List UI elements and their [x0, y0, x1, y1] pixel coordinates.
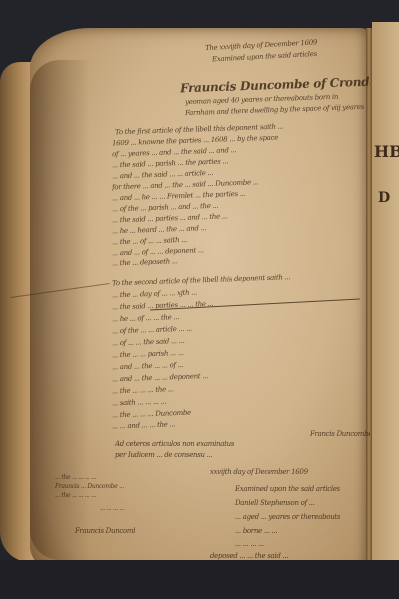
- second-entry-line: ... aged ... yeares or thereabouts: [235, 513, 370, 522]
- lower-left-note: ... the ... ... ... ...: [55, 474, 215, 482]
- lower-left-note: ... the ... ... ... ...: [55, 492, 215, 500]
- closing-note: Ad ceteros articulos non examinatus: [115, 440, 275, 449]
- closing-note: per Iudicem ... de consensu ...: [115, 451, 275, 460]
- second-entry-line: deposed ... ... the said ...: [210, 552, 360, 561]
- lower-left-note: ... ... ... ...: [100, 505, 220, 513]
- signature-right: Francis Duncombe: [310, 430, 370, 439]
- margin-mark: HB: [374, 142, 399, 161]
- second-entry-line: ... borne ... ...: [235, 527, 370, 536]
- lower-left-note: Frauncis ... Duncombe ...: [55, 483, 215, 491]
- lower-left-signature: Frauncis Duncombe: [75, 527, 135, 536]
- margin-mark: D: [378, 190, 390, 206]
- second-entry-line: Examined upon the said articles: [235, 485, 370, 494]
- facing-page: [372, 22, 399, 590]
- background-shadow: [0, 560, 399, 599]
- second-entry-line: ... ... ... ...: [235, 540, 370, 549]
- second-entry-line: Daniell Stephenson of ...: [235, 499, 370, 508]
- second-entry-date: xxvijth day of December 1609: [210, 468, 360, 477]
- manuscript-photo: The xxvijth day of December 1609 Examine…: [0, 0, 399, 599]
